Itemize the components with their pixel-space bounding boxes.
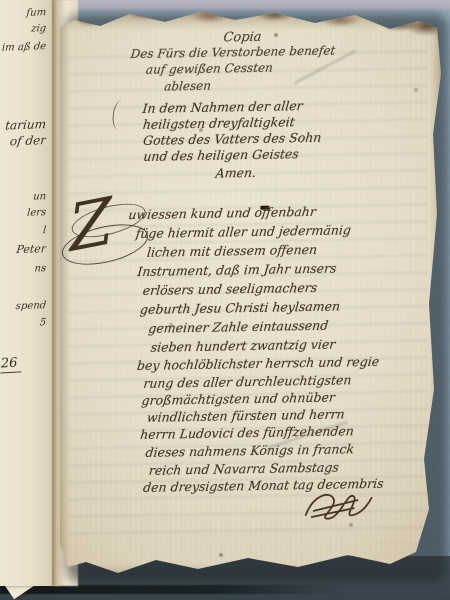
body-line: Instrument, daß im Jahr unsers [137,260,338,279]
body-line: füge hiermit aller und jedermänig [135,222,352,241]
manuscript-photo-scene: ſum zig im aß de tarium of der un lers l… [0,0,450,600]
body-line: sieben hundert zwantzig vier [150,337,336,355]
body-line: bey hochlöblichster herrsch und regie [136,354,380,373]
body-line: windlichsten fürsten und herrn [146,406,345,424]
body-line: uwiessen kund und offenbahr [128,204,317,222]
invocation-line: In dem Nahmen der aller [142,98,304,116]
body-line: herrn Ludovici des fünffzehenden [140,423,355,442]
body-line: lichen mit diessem offenen [146,242,318,260]
body-line: rung des aller durchleuchtigsten [143,372,353,391]
heading-copia: Copia [223,30,263,46]
heading-line: ablesen [164,79,212,94]
body-line: geburth Jesu Christi heylsamen [139,298,341,317]
invocation-line: Amen. [215,165,257,181]
invocation-line: und des heiligen Geistes [143,146,300,164]
invocation-line: heiligsten dreyfaltigkeit [142,114,295,132]
body-line: gemeiner Zahle eintaussend [148,318,329,336]
body-line: großmächtigsten und ohnüber [141,390,336,408]
paraph-flourish [299,484,378,525]
paragraph-mark [111,99,130,131]
body-line: reich und Navarra Sambstags [148,459,339,477]
invocation-line: Gottes des Vatters des Sohn [142,130,322,148]
body-line: erlösers und seeligmachers [142,280,318,298]
heading-line: auf gewißen Cessten [145,61,273,77]
body-line: dieses nahmens Königs in franck [145,441,355,460]
handwriting-ink-layer: Copia Des Fürs die Verstorbene benefet a… [0,0,450,600]
heading-line: Des Fürs die Verstorbene benefet [130,43,336,61]
